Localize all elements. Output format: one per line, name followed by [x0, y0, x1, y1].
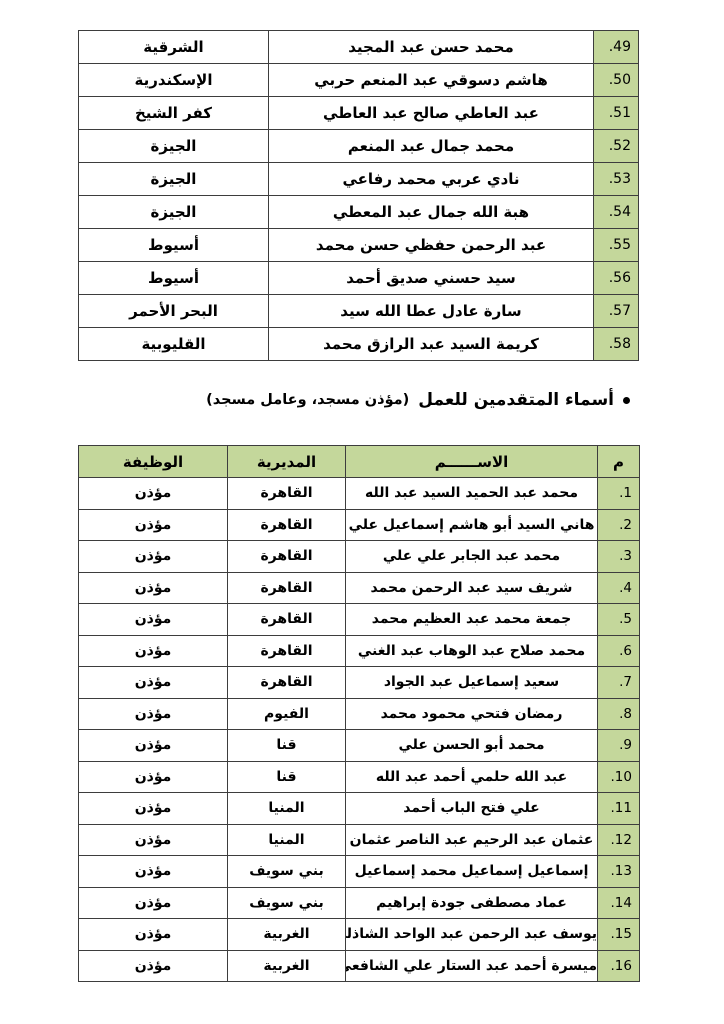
table-row: .52 محمد جمال عبد المنعم الجيزة	[79, 130, 639, 163]
applicant-name-cell: محمد عبد الجابر علي علي	[346, 541, 598, 573]
directorate-cell: بني سويف	[228, 856, 346, 888]
row-number-cell: .51	[594, 97, 639, 130]
table-row: .50 هاشم دسوقي عبد المنعم حربي الإسكندري…	[79, 64, 639, 97]
governorate-cell: أسيوط	[79, 229, 269, 262]
applicant-name-cell: علي فتح الباب أحمد	[346, 793, 598, 825]
job-cell: مؤذن	[79, 667, 228, 699]
table-row: .49 محمد حسن عبد المجيد الشرقية	[79, 31, 639, 64]
section-heading-paren: (مؤذن مسجد، وعامل مسجد)	[206, 392, 409, 408]
applicant-name-cell: جمعة محمد عبد العظيم محمد	[346, 604, 598, 636]
table-row: .58 كريمة السيد عبد الرازق محمد القليوبي…	[79, 328, 639, 361]
header-directorate: المديرية	[228, 446, 346, 478]
row-number-cell: .8	[598, 698, 640, 730]
header-job: الوظيفة	[79, 446, 228, 478]
applicant-name-cell: محمد حسن عبد المجيد	[269, 31, 594, 64]
applicant-name-cell: عبد الله حلمي أحمد عبد الله	[346, 761, 598, 793]
section-heading: أسماء المتقدمين للعمل (مؤذن مسجد، وعامل …	[206, 383, 630, 417]
row-number-cell: .11	[598, 793, 640, 825]
directorate-cell: القاهرة	[228, 541, 346, 573]
applicant-name-cell: محمد أبو الحسن علي	[346, 730, 598, 762]
directorate-cell: القاهرة	[228, 509, 346, 541]
table-row: .7 سعيد إسماعيل عبد الجواد القاهرة مؤذن	[79, 667, 640, 699]
job-cell: مؤذن	[79, 572, 228, 604]
applicant-name-cell: نادي عربي محمد رفاعي	[269, 163, 594, 196]
directorate-cell: القاهرة	[228, 604, 346, 636]
document-page: .49 محمد حسن عبد المجيد الشرقية .50 هاشم…	[0, 0, 724, 1024]
row-number-cell: .16	[598, 950, 640, 982]
job-cell: مؤذن	[79, 887, 228, 919]
table-row: .3 محمد عبد الجابر علي علي القاهرة مؤذن	[79, 541, 640, 573]
applicant-name-cell: سعيد إسماعيل عبد الجواد	[346, 667, 598, 699]
governorate-cell: القليوبية	[79, 328, 269, 361]
directorate-cell: بني سويف	[228, 887, 346, 919]
applicant-name-cell: محمد صلاح عبد الوهاب عبد الغني	[346, 635, 598, 667]
table-row: .14 عماد مصطفى جودة إبراهيم بني سويف مؤذ…	[79, 887, 640, 919]
applicant-name-cell: عبد الرحمن حفظي حسن محمد	[269, 229, 594, 262]
applicants-table-continuation: .49 محمد حسن عبد المجيد الشرقية .50 هاشم…	[78, 30, 639, 361]
row-number-cell: .9	[598, 730, 640, 762]
directorate-cell: القاهرة	[228, 667, 346, 699]
table-row: .55 عبد الرحمن حفظي حسن محمد أسيوط	[79, 229, 639, 262]
job-cell: مؤذن	[79, 919, 228, 951]
directorate-cell: القاهرة	[228, 572, 346, 604]
row-number-cell: .7	[598, 667, 640, 699]
row-number-cell: .58	[594, 328, 639, 361]
row-number-cell: .10	[598, 761, 640, 793]
directorate-cell: قنا	[228, 730, 346, 762]
governorate-cell: الجيزة	[79, 130, 269, 163]
row-number-cell: .5	[598, 604, 640, 636]
row-number-cell: .12	[598, 824, 640, 856]
table-row: .12 عثمان عبد الرحيم عبد الناصر عثمان ال…	[79, 824, 640, 856]
applicant-name-cell: عثمان عبد الرحيم عبد الناصر عثمان	[346, 824, 598, 856]
job-cell: مؤذن	[79, 604, 228, 636]
governorate-cell: كفر الشيخ	[79, 97, 269, 130]
job-cell: مؤذن	[79, 824, 228, 856]
table-row: .2 هاني السيد أبو هاشم إسماعيل علي القاه…	[79, 509, 640, 541]
governorate-cell: الشرقية	[79, 31, 269, 64]
row-number-cell: .55	[594, 229, 639, 262]
table-row: .15 يوسف عبد الرحمن عبد الواحد الشاذلي ا…	[79, 919, 640, 951]
table-row: .5 جمعة محمد عبد العظيم محمد القاهرة مؤذ…	[79, 604, 640, 636]
directorate-cell: المنيا	[228, 824, 346, 856]
table-row: .6 محمد صلاح عبد الوهاب عبد الغني القاهر…	[79, 635, 640, 667]
table-row: .10 عبد الله حلمي أحمد عبد الله قنا مؤذن	[79, 761, 640, 793]
section-heading-main: أسماء المتقدمين للعمل	[418, 390, 614, 410]
job-cell: مؤذن	[79, 793, 228, 825]
governorate-cell: الجيزة	[79, 163, 269, 196]
governorate-cell: الجيزة	[79, 196, 269, 229]
row-number-cell: .53	[594, 163, 639, 196]
job-cell: مؤذن	[79, 541, 228, 573]
row-number-cell: .50	[594, 64, 639, 97]
directorate-cell: الفيوم	[228, 698, 346, 730]
table-row: .56 سيد حسني صديق أحمد أسيوط	[79, 262, 639, 295]
applicant-name-cell: هاشم دسوقي عبد المنعم حربي	[269, 64, 594, 97]
applicant-name-cell: هاني السيد أبو هاشم إسماعيل علي	[346, 509, 598, 541]
row-number-cell: .3	[598, 541, 640, 573]
job-cell: مؤذن	[79, 509, 228, 541]
row-number-cell: .15	[598, 919, 640, 951]
table-row: .11 علي فتح الباب أحمد المنيا مؤذن	[79, 793, 640, 825]
job-cell: مؤذن	[79, 698, 228, 730]
table-row: .57 سارة عادل عطا الله سيد البحر الأحمر	[79, 295, 639, 328]
applicant-name-cell: هبة الله جمال عبد المعطي	[269, 196, 594, 229]
row-number-cell: .14	[598, 887, 640, 919]
table-row: .9 محمد أبو الحسن علي قنا مؤذن	[79, 730, 640, 762]
applicant-name-cell: رمضان فتحي محمود محمد	[346, 698, 598, 730]
applicant-name-cell: عماد مصطفى جودة إبراهيم	[346, 887, 598, 919]
applicant-name-cell: شريف سيد عبد الرحمن محمد	[346, 572, 598, 604]
row-number-cell: .54	[594, 196, 639, 229]
job-cell: مؤذن	[79, 856, 228, 888]
table-row: .53 نادي عربي محمد رفاعي الجيزة	[79, 163, 639, 196]
table-row: .51 عبد العاطي صالح عبد العاطي كفر الشيخ	[79, 97, 639, 130]
applicant-name-cell: عبد العاطي صالح عبد العاطي	[269, 97, 594, 130]
job-cell: مؤذن	[79, 478, 228, 510]
directorate-cell: القاهرة	[228, 635, 346, 667]
governorate-cell: أسيوط	[79, 262, 269, 295]
table-row: .13 إسماعيل إسماعيل محمد إسماعيل بني سوي…	[79, 856, 640, 888]
row-number-cell: .52	[594, 130, 639, 163]
table-row: .1 محمد عبد الحميد السيد عبد الله القاهر…	[79, 478, 640, 510]
row-number-cell: .1	[598, 478, 640, 510]
row-number-cell: .4	[598, 572, 640, 604]
table-header-row: م الاســــــم المديرية الوظيفة	[79, 446, 640, 478]
row-number-cell: .49	[594, 31, 639, 64]
muezzin-applicants-table: م الاســــــم المديرية الوظيفة .1 محمد ع…	[78, 445, 640, 982]
job-cell: مؤذن	[79, 761, 228, 793]
header-number: م	[598, 446, 640, 478]
bullet-icon	[623, 397, 630, 404]
governorate-cell: الإسكندرية	[79, 64, 269, 97]
directorate-cell: المنيا	[228, 793, 346, 825]
header-name: الاســــــم	[346, 446, 598, 478]
applicant-name-cell: كريمة السيد عبد الرازق محمد	[269, 328, 594, 361]
row-number-cell: .2	[598, 509, 640, 541]
applicant-name-cell: إسماعيل إسماعيل محمد إسماعيل	[346, 856, 598, 888]
table-row: .54 هبة الله جمال عبد المعطي الجيزة	[79, 196, 639, 229]
row-number-cell: .57	[594, 295, 639, 328]
row-number-cell: .56	[594, 262, 639, 295]
table-row: .8 رمضان فتحي محمود محمد الفيوم مؤذن	[79, 698, 640, 730]
job-cell: مؤذن	[79, 950, 228, 982]
governorate-cell: البحر الأحمر	[79, 295, 269, 328]
directorate-cell: القاهرة	[228, 478, 346, 510]
row-number-cell: .13	[598, 856, 640, 888]
row-number-cell: .6	[598, 635, 640, 667]
table-row: .16 ميسرة أحمد عبد الستار علي الشافعي ال…	[79, 950, 640, 982]
applicant-name-cell: محمد جمال عبد المنعم	[269, 130, 594, 163]
applicant-name-cell: سيد حسني صديق أحمد	[269, 262, 594, 295]
applicant-name-cell: سارة عادل عطا الله سيد	[269, 295, 594, 328]
directorate-cell: الغربية	[228, 919, 346, 951]
job-cell: مؤذن	[79, 730, 228, 762]
table-row: .4 شريف سيد عبد الرحمن محمد القاهرة مؤذن	[79, 572, 640, 604]
job-cell: مؤذن	[79, 635, 228, 667]
applicant-name-cell: يوسف عبد الرحمن عبد الواحد الشاذلي	[346, 919, 598, 951]
directorate-cell: قنا	[228, 761, 346, 793]
directorate-cell: الغربية	[228, 950, 346, 982]
applicant-name-cell: محمد عبد الحميد السيد عبد الله	[346, 478, 598, 510]
applicant-name-cell: ميسرة أحمد عبد الستار علي الشافعي	[346, 950, 598, 982]
